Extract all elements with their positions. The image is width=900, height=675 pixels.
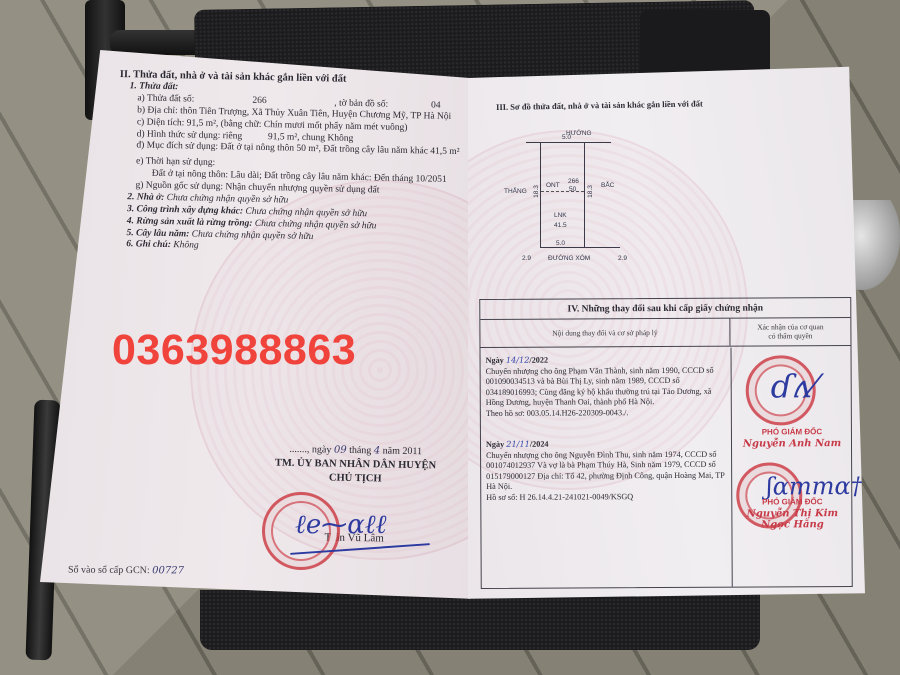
- map-sheet-label: , tờ bản đồ số:: [334, 98, 388, 109]
- map-sheet: 04: [390, 99, 440, 112]
- signing-authority: TM. ỦY BAN NHÂN DÂN HUYỆN: [235, 457, 470, 472]
- lower-area: 41.5: [554, 222, 567, 229]
- change-entry: Ngày 14/12/2022 Chuyển nhượng cho ông Ph…: [486, 354, 726, 419]
- entry-date-hand: 14/12: [506, 355, 530, 365]
- column-divider: [731, 348, 733, 587]
- diagram-left-edge: [540, 142, 541, 247]
- area-value: 91,5: [187, 118, 204, 128]
- origin-label: g) Nguồn gốc sử dụng:: [135, 180, 223, 192]
- entry-date-label: Ngày: [486, 356, 504, 365]
- certificate-left-page: II. Thửa đất, nhà ở và tài sản khác gắn …: [40, 50, 470, 610]
- confirm-officer: Nguyễn Anh Nam: [733, 438, 851, 450]
- column-content: Nội dung thay đổi và cơ sở pháp lý: [480, 319, 730, 347]
- entry-confirmation: PHÓ GIÁM ĐỐC Nguyễn Thị Kim Ngọc Hằng: [733, 497, 851, 531]
- column-confirm-line2: có thẩm quyền: [730, 331, 850, 341]
- upper-area: 50: [569, 186, 576, 193]
- date-prefix: ......., ngày: [289, 444, 331, 456]
- item-value: Chưa chứng nhận quyền sở hữu: [245, 206, 367, 219]
- right-neighbor: BẮC: [601, 182, 614, 189]
- address-label: b) Địa chỉ:: [137, 105, 178, 116]
- parcel-no-label: a) Thửa đất số:: [137, 93, 194, 104]
- right-side-length: 18.3: [587, 185, 594, 198]
- signature-mark: ɗʌ⁄: [771, 367, 816, 405]
- date-month: 4: [374, 445, 381, 456]
- origin: Nhận chuyển nhượng quyền sử dụng đất: [225, 182, 379, 195]
- item-value: Không: [173, 241, 199, 252]
- entry-file: Hồ sơ số: H 26.14.4.21-241021-0049/KSGQ: [486, 491, 726, 503]
- diagram-section-title: III. Sơ đồ thửa đất, nhà ở và tài sản kh…: [496, 96, 836, 113]
- signer-title: CHỦ TỊCH: [235, 471, 470, 486]
- item-label: 4. Rừng sản xuất là rừng trồng:: [127, 216, 253, 229]
- diagram-top-edge: [526, 142, 611, 143]
- item-label: 5. Cây lâu năm:: [126, 228, 189, 239]
- item-value: Chưa chứng nhận quyền sở hữu: [192, 229, 314, 242]
- diagram-top-width: 5.0: [562, 134, 571, 141]
- date-day: 09: [334, 445, 347, 456]
- lower-zone: LNK: [554, 212, 567, 219]
- item-label: 3. Công trình xây dựng khác:: [127, 204, 243, 216]
- land-certificate: II. Thửa đất, nhà ở và tài sản khác gắn …: [40, 50, 865, 610]
- diagram-bottom-width: 5.0: [556, 240, 565, 247]
- changes-table-title: IV. Những thay đổi sau khi cấp giấy chứn…: [480, 298, 850, 320]
- changes-table-body: Ngày 14/12/2022 Chuyển nhượng cho ông Ph…: [481, 347, 852, 588]
- usage-shared-label: m², chung: [287, 132, 325, 143]
- certificate-right-page: III. Sơ đồ thửa đất, nhà ở và tài sản kh…: [468, 50, 865, 610]
- area-label: c) Diện tích:: [137, 117, 185, 128]
- item-value: Chưa chứng nhận quyền sở hữu: [167, 193, 289, 206]
- register-value: 00727: [152, 565, 184, 576]
- changes-table: IV. Những thay đổi sau khi cấp giấy chứn…: [479, 297, 853, 589]
- land-details: II. Thửa đất, nhà ở và tài sản khác gắn …: [116, 68, 460, 258]
- left-side-length: 18.3: [533, 185, 540, 198]
- parcel-diagram: HƯỚNG 5.0 THẮNG 18.3 18.3 BẮC ONT 266 50…: [526, 130, 666, 270]
- upper-zone: ONT: [546, 182, 560, 189]
- entry-date-year: /2024: [530, 440, 549, 449]
- diagram-right-edge: [584, 142, 585, 247]
- entry-date-hand: 21/11: [506, 439, 530, 449]
- usage-shared: Không: [327, 133, 353, 144]
- confirm-officer: Nguyễn Thị Kim Ngọc Hằng: [733, 508, 851, 531]
- register-number: Sổ vào sổ cấp GCN: 00727: [68, 564, 184, 576]
- diagram-bottom-edge: [540, 247, 620, 248]
- road-right-width: 2.9: [618, 255, 627, 262]
- purpose-label: đ) Mục đích sử dụng:: [136, 141, 218, 153]
- entry-text: Chuyển nhượng cho ông Phạm Văn Thành, si…: [486, 365, 726, 408]
- phone-number-overlay: 0363988863: [112, 326, 356, 375]
- diagram-zone-divider: [541, 191, 584, 192]
- column-confirm: Xác nhận của cơ quan có thẩm quyền: [730, 318, 850, 346]
- road-left-width: 2.9: [522, 255, 531, 262]
- signature-mark: ℓe⁓ɑℓℓ: [295, 510, 386, 540]
- road-label: ĐƯỜNG XÓM: [548, 255, 590, 262]
- confirm-role: PHÓ GIÁM ĐỐC: [733, 427, 851, 437]
- left-neighbor: THẮNG: [504, 188, 527, 195]
- month-label: tháng: [349, 445, 371, 456]
- register-label: Sổ vào sổ cấp GCN:: [68, 564, 150, 576]
- area-unit: m²: [206, 118, 216, 128]
- entry-date-label: Ngày: [486, 440, 504, 449]
- entry-text: Chuyển nhượng cho ông Nguyễn Đình Thu, s…: [486, 449, 726, 492]
- ownership-items: 2. Nhà ở: Chưa chứng nhận quyền sở hữu 3…: [116, 192, 457, 258]
- entry-file: Theo hồ sơ: 003.05.14.H26-220309-0043./.: [486, 407, 726, 419]
- item-label: 6. Ghi chú:: [126, 240, 171, 251]
- usage-form-label: d) Hình thức sử dụng: riêng: [137, 129, 243, 141]
- confirm-role: PHÓ GIÁM ĐỐC: [733, 497, 851, 507]
- diagram-parcel-no: 266: [568, 178, 579, 185]
- entry-date-year: /2022: [529, 356, 548, 365]
- entry-confirmation: PHÓ GIÁM ĐỐC Nguyễn Anh Nam: [733, 427, 851, 450]
- change-entry: Ngày 21/11/2024 Chuyển nhượng cho ông Ng…: [486, 438, 726, 503]
- changes-table-header: Nội dung thay đổi và cơ sở pháp lý Xác n…: [480, 318, 850, 348]
- date-year: năm 2011: [383, 445, 423, 457]
- item-value: Chưa chứng nhận quyền sở hữu: [255, 218, 377, 231]
- item-label: 2. Nhà ở:: [127, 192, 164, 203]
